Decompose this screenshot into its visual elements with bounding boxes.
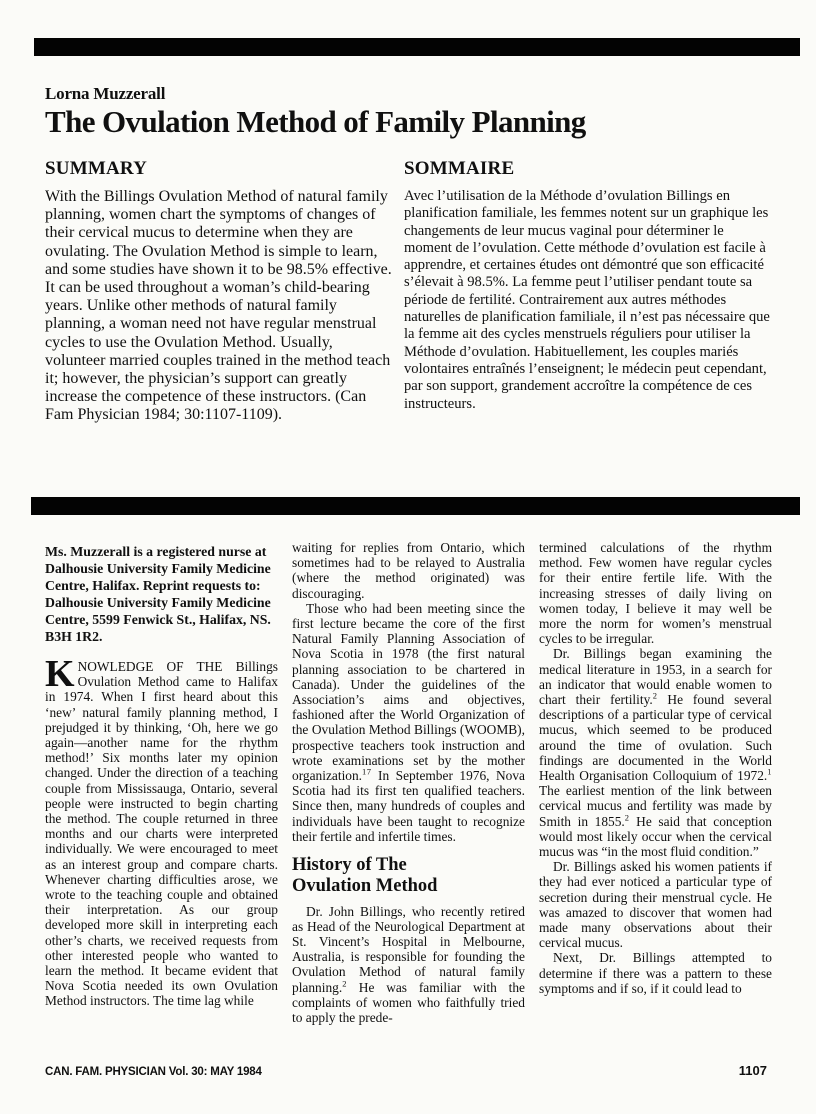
sommaire-text: Avec l’utilisation de la Méthode d’ovula…	[404, 188, 772, 413]
author-byline: Lorna Muzzerall	[45, 84, 775, 104]
journal-line: CAN. FAM. PHYSICIAN Vol. 30: MAY 1984	[45, 1066, 262, 1078]
summary-column: SUMMARY With the Billings Ovulation Meth…	[45, 158, 393, 425]
body-column-1: Ms. Muzzerall is a registered nurse at D…	[45, 540, 278, 1052]
section-heading-line: History of The	[292, 855, 525, 876]
body-column-2: waiting for replies from Ontario, which …	[292, 540, 525, 1052]
body-column-3: termined calculations of the rhythm meth…	[539, 540, 772, 1052]
top-rule	[34, 38, 800, 56]
sommaire-heading: SOMMAIRE	[404, 158, 772, 180]
article-body: Ms. Muzzerall is a registered nurse at D…	[45, 540, 772, 1052]
abstract-section: SUMMARY With the Billings Ovulation Meth…	[45, 158, 772, 425]
divider-rule	[31, 497, 800, 515]
section-heading: History of TheOvulation Method	[292, 855, 525, 896]
body-paragraph: waiting for replies from Ontario, which …	[292, 540, 525, 601]
body-paragraph: Dr. John Billings, who recently retired …	[292, 904, 525, 1026]
body-paragraph: Dr. Billings asked his women patients if…	[539, 859, 772, 950]
paragraph-text: NOWLEDGE OF THE Billings Ovulation Metho…	[45, 659, 278, 1008]
page-footer: CAN. FAM. PHYSICIAN Vol. 30: MAY 1984 11…	[45, 1063, 767, 1078]
article-title: The Ovulation Method of Family Planning	[45, 105, 775, 139]
summary-heading: SUMMARY	[45, 158, 393, 180]
sommaire-column: SOMMAIRE Avec l’utilisation de la Méthod…	[404, 158, 772, 425]
section-heading-line: Ovulation Method	[292, 876, 525, 897]
body-paragraph: Those who had been meeting since the fir…	[292, 601, 525, 844]
drop-cap: K	[45, 660, 78, 689]
body-paragraph: Next, Dr. Billings attempted to determin…	[539, 950, 772, 996]
affiliation-note: Ms. Muzzerall is a registered nurse at D…	[45, 543, 278, 645]
journal-page: Lorna Muzzerall The Ovulation Method of …	[0, 0, 816, 1114]
body-paragraph: Dr. Billings began examining the medical…	[539, 646, 772, 859]
body-paragraph: KNOWLEDGE OF THE Billings Ovulation Meth…	[45, 659, 278, 1009]
body-paragraph: termined calculations of the rhythm meth…	[539, 540, 772, 646]
article-header: Lorna Muzzerall The Ovulation Method of …	[45, 84, 775, 139]
summary-text: With the Billings Ovulation Method of na…	[45, 188, 393, 425]
page-number: 1107	[739, 1063, 767, 1078]
